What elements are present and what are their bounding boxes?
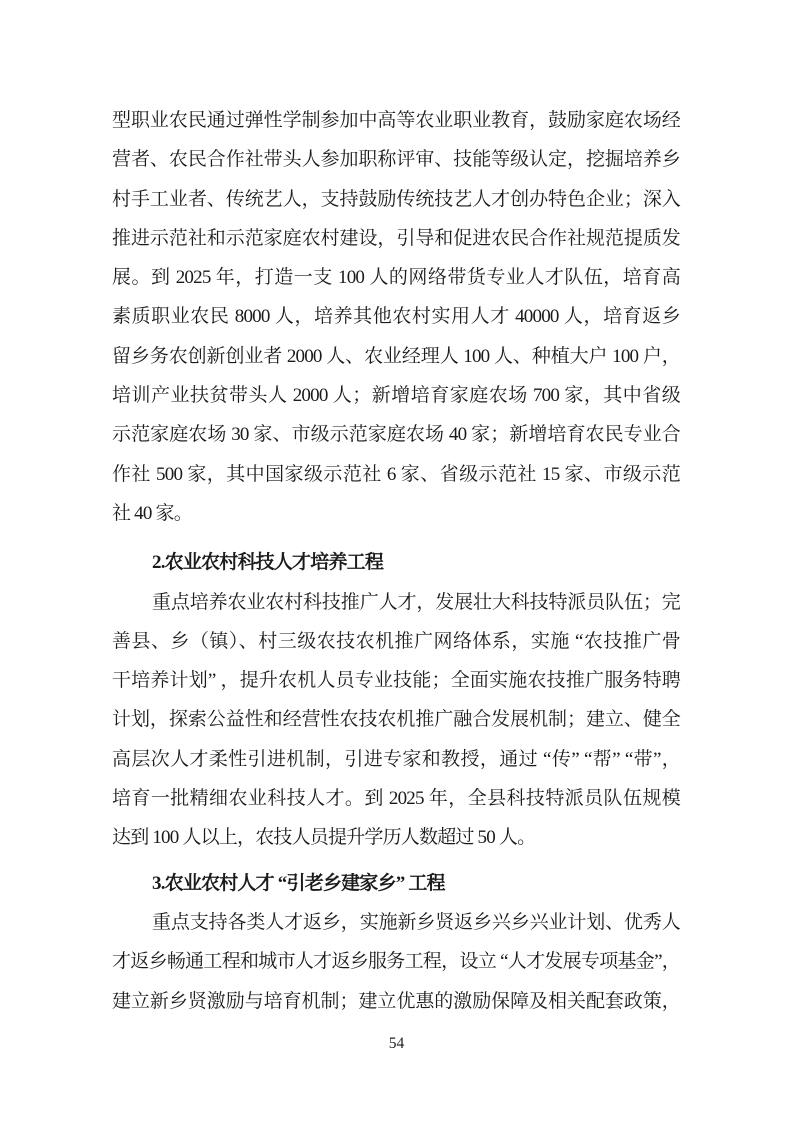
paragraph-line: 留乡务农创新创业者 2000 人、农业经理人 100 人、种植大户 100 户， bbox=[112, 337, 680, 376]
paragraph-line: 营者、农民合作社带头人参加职称评审、技能等级认定，挖掘培养乡 bbox=[112, 140, 680, 179]
paragraph-line: 村手工业者、传统艺人，支持鼓励传统技艺人才创办特色企业；深入 bbox=[112, 180, 680, 219]
paragraph-line: 推进示范社和示范家庭农村建设，引导和促进农民合作社规范提质发 bbox=[112, 219, 680, 258]
body-text: 型职业农民通过弹性学制参加中高等农业职业教育，鼓励家庭农场经 营者、农民合作社带… bbox=[112, 101, 680, 1021]
paragraph-line: 示范家庭农场 30 家、市级示范家庭农场 40 家；新增培育农民专业合 bbox=[112, 415, 680, 454]
paragraph-line: 干培养计划” ，提升农机人员专业技能；全面实施农技推广服务特聘 bbox=[112, 661, 680, 700]
section-heading-3: 3.农业农村人才 “引老乡建家乡” 工程 bbox=[112, 864, 680, 903]
paragraph-line: 达到 100 人以上，农技人员提升学历人数超过 50 人。 bbox=[112, 818, 680, 857]
page-number: 54 bbox=[0, 1036, 793, 1052]
paragraph-line: 计划，探索公益性和经营性农技农机推广融合发展机制；建立、健全 bbox=[112, 700, 680, 739]
paragraph-line: 作社 500 家，其中国家级示范社 6 家、省级示范社 15 家、市级示范 bbox=[112, 455, 680, 494]
paragraph-line: 才返乡畅通工程和城市人才返乡服务工程，设立 “人才发展专项基金”， bbox=[112, 942, 680, 981]
paragraph-line: 善县、乡（镇）、村三级农技农机推广网络体系，实施 “农技推广骨 bbox=[112, 622, 680, 661]
paragraph-line: 高层次人才柔性引进机制，引进专家和教授，通过 “传” “帮” “带”， bbox=[112, 740, 680, 779]
paragraph-line: 素质职业农民 8000 人，培养其他农村实用人才 40000 人，培育返乡 bbox=[112, 297, 680, 336]
paragraph-line: 培训产业扶贫带头人 2000 人；新增培育家庭农场 700 家，其中省级 bbox=[112, 376, 680, 415]
paragraph-line: 型职业农民通过弹性学制参加中高等农业职业教育，鼓励家庭农场经 bbox=[112, 101, 680, 140]
section-heading-2: 2.农业农村科技人才培养工程 bbox=[112, 543, 680, 582]
paragraph-line: 培育一批精细农业科技人才。到 2025 年，全县科技特派员队伍规模 bbox=[112, 779, 680, 818]
paragraph-line: 展。到 2025 年，打造一支 100 人的网络带货专业人才队伍，培育高 bbox=[112, 258, 680, 297]
paragraph-line: 重点支持各类人才返乡，实施新乡贤返乡兴乡兴业计划、优秀人 bbox=[112, 903, 680, 942]
paragraph-line: 社 40 家。 bbox=[112, 494, 680, 533]
paragraph-line: 重点培养农业农村科技推广人才，发展壮大科技特派员队伍；完 bbox=[112, 583, 680, 622]
paragraph-line: 建立新乡贤激励与培育机制；建立优惠的激励保障及相关配套政策， bbox=[112, 982, 680, 1021]
document-page: 型职业农民通过弹性学制参加中高等农业职业教育，鼓励家庭农场经 营者、农民合作社带… bbox=[0, 0, 793, 1122]
